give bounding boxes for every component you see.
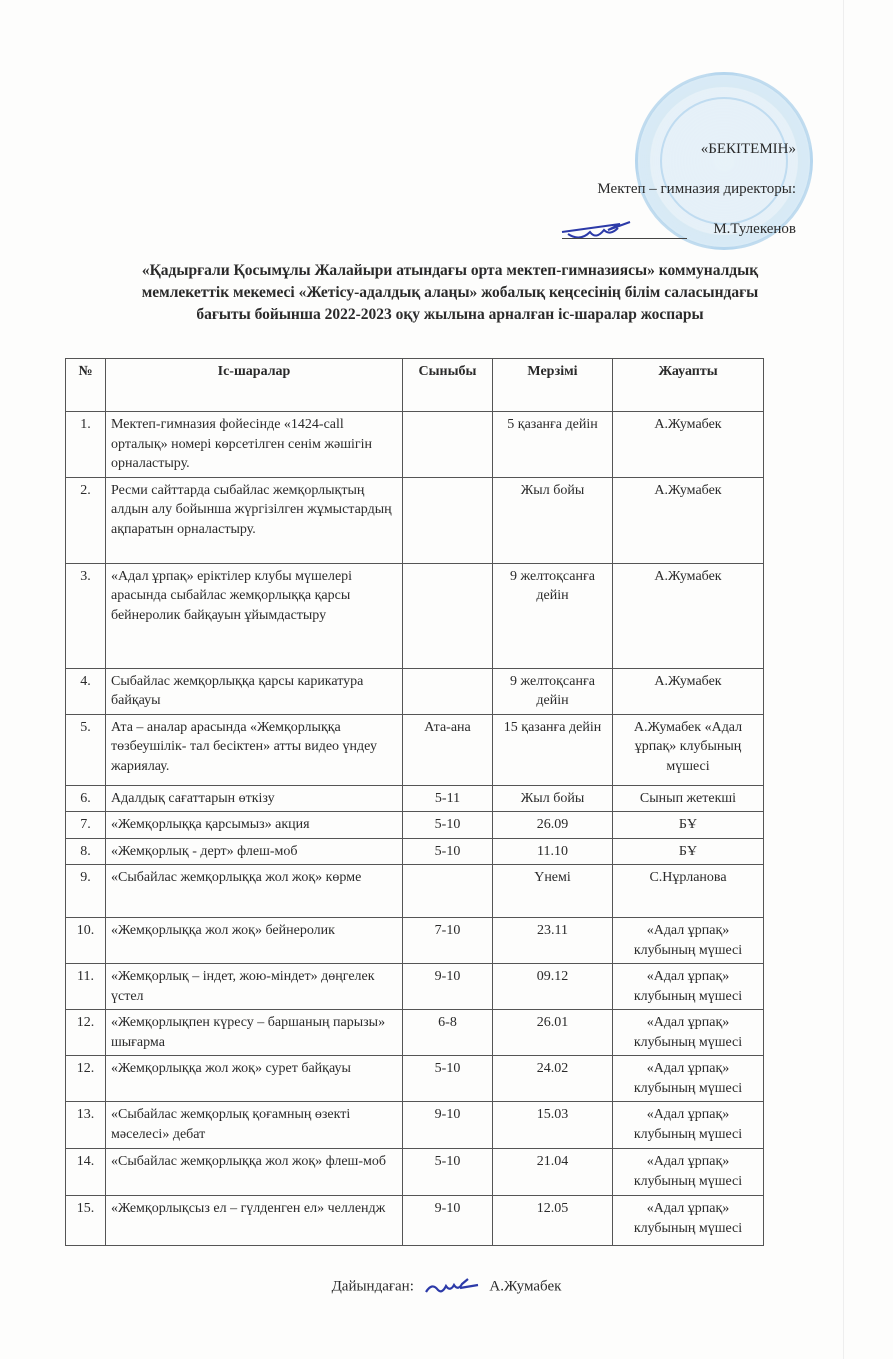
cell-deadline: 26.09 <box>493 812 613 839</box>
table-row: 6.Адалдық сағаттарын өткізу5-11Жыл бойыС… <box>66 785 764 812</box>
director-name: М.Тулекенов <box>713 221 796 238</box>
cell-deadline: 12.05 <box>493 1196 613 1246</box>
cell-num: 7. <box>66 812 106 839</box>
cell-event: «Жемқорлықпен күресу – баршаның парызы» … <box>106 1010 403 1056</box>
cell-deadline: 15.03 <box>493 1102 613 1149</box>
cell-event: Сыбайлас жемқорлыққа қарсы карикатура ба… <box>106 668 403 714</box>
title-line-3: бағыты бойынша 2022-2023 оқу жылына арна… <box>100 304 800 326</box>
table-row: 12.«Жемқорлықпен күресу – баршаның парыз… <box>66 1010 764 1056</box>
director-signature-icon <box>560 218 640 248</box>
cell-deadline: 9 желтоқсанға дейін <box>493 563 613 668</box>
header-grade: Сыныбы <box>403 359 493 412</box>
approval-label: «БЕКІТЕМІН» <box>701 141 796 158</box>
cell-deadline: Жыл бойы <box>493 785 613 812</box>
header-responsible: Жауапты <box>613 359 764 412</box>
cell-deadline: 26.01 <box>493 1010 613 1056</box>
cell-deadline: 9 желтоқсанға дейін <box>493 668 613 714</box>
cell-num: 5. <box>66 714 106 785</box>
approval-position: Мектеп – гимназия директоры: <box>597 181 796 198</box>
cell-grade: 9-10 <box>403 1102 493 1149</box>
cell-deadline: Үнемі <box>493 865 613 918</box>
prepared-label: Дайындаған: <box>332 1278 414 1294</box>
cell-deadline: 09.12 <box>493 964 613 1010</box>
cell-num: 8. <box>66 838 106 865</box>
cell-grade: Ата-ана <box>403 714 493 785</box>
cell-grade: 9-10 <box>403 964 493 1010</box>
cell-num: 15. <box>66 1196 106 1246</box>
header-event: Іс-шаралар <box>106 359 403 412</box>
cell-num: 14. <box>66 1149 106 1196</box>
scan-edge <box>843 0 844 1359</box>
cell-event: «Адал ұрпақ» еріктілер клубы мүшелері ар… <box>106 563 403 668</box>
cell-num: 9. <box>66 865 106 918</box>
cell-num: 2. <box>66 477 106 563</box>
cell-responsible: С.Нұрланова <box>613 865 764 918</box>
cell-responsible: А.Жумабек <box>613 668 764 714</box>
cell-grade <box>403 563 493 668</box>
cell-num: 1. <box>66 412 106 478</box>
cell-grade: 5-10 <box>403 1056 493 1102</box>
cell-responsible: Сынып жетекші <box>613 785 764 812</box>
cell-event: Адалдық сағаттарын өткізу <box>106 785 403 812</box>
cell-event: «Жемқорлық – індет, жою-міндет» дөңгелек… <box>106 964 403 1010</box>
cell-grade <box>403 477 493 563</box>
cell-responsible: А.Жумабек <box>613 477 764 563</box>
cell-event: Ресми сайттарда сыбайлас жемқорлықтың ал… <box>106 477 403 563</box>
cell-event: «Жемқорлыққа қарсымыз» акция <box>106 812 403 839</box>
cell-event: «Жемқорлық - дерт» флеш-моб <box>106 838 403 865</box>
header-num: № <box>66 359 106 412</box>
signature-line <box>562 238 687 239</box>
title-line-1: «Қадырғали Қосымұлы Жалайыри атындағы ор… <box>100 260 800 282</box>
table-row: 9.«Сыбайлас жемқорлыққа жол жоқ» көрмеҮн… <box>66 865 764 918</box>
prepared-name: А.Жумабек <box>489 1278 561 1294</box>
cell-responsible: «Адал ұрпақ» клубының мүшесі <box>613 918 764 964</box>
cell-responsible: «Адал ұрпақ» клубының мүшесі <box>613 964 764 1010</box>
cell-responsible: А.Жумабек <box>613 563 764 668</box>
cell-responsible: А.Жумабек <box>613 412 764 478</box>
cell-num: 3. <box>66 563 106 668</box>
cell-event: «Жемқорлыққа жол жоқ» сурет байқауы <box>106 1056 403 1102</box>
cell-responsible: БҰ <box>613 838 764 865</box>
table-row: 13.«Сыбайлас жемқорлық қоғамның өзекті м… <box>66 1102 764 1149</box>
table-row: 2.Ресми сайттарда сыбайлас жемқорлықтың … <box>66 477 764 563</box>
cell-num: 12. <box>66 1056 106 1102</box>
table-row: 15.«Жемқорлықсыз ел – гүлденген ел» челл… <box>66 1196 764 1246</box>
cell-grade: 5-11 <box>403 785 493 812</box>
table-row: 4.Сыбайлас жемқорлыққа қарсы карикатура … <box>66 668 764 714</box>
cell-num: 10. <box>66 918 106 964</box>
cell-responsible: «Адал ұрпақ» клубының мүшесі <box>613 1149 764 1196</box>
cell-grade <box>403 668 493 714</box>
cell-grade: 5-10 <box>403 1149 493 1196</box>
cell-event: «Сыбайлас жемқорлық қоғамның өзекті мәсе… <box>106 1102 403 1149</box>
table-row: 5.Ата – аналар арасында «Жемқорлыққа төз… <box>66 714 764 785</box>
cell-deadline: 11.10 <box>493 838 613 865</box>
cell-deadline: 23.11 <box>493 918 613 964</box>
cell-deadline: 15 қазанға дейін <box>493 714 613 785</box>
cell-deadline: Жыл бойы <box>493 477 613 563</box>
prepared-by: Дайындаған: А.Жумабек <box>0 1276 893 1298</box>
cell-grade: 9-10 <box>403 1196 493 1246</box>
table-row: 3.«Адал ұрпақ» еріктілер клубы мүшелері … <box>66 563 764 668</box>
cell-event: «Сыбайлас жемқорлыққа жол жоқ» көрме <box>106 865 403 918</box>
table-row: 10.«Жемқорлыққа жол жоқ» бейнеролик7-102… <box>66 918 764 964</box>
cell-deadline: 24.02 <box>493 1056 613 1102</box>
cell-responsible: «Адал ұрпақ» клубының мүшесі <box>613 1010 764 1056</box>
document-title: «Қадырғали Қосымұлы Жалайыри атындағы ор… <box>100 260 800 326</box>
cell-responsible: А.Жумабек «Адал ұрпақ» клубының мүшесі <box>613 714 764 785</box>
cell-grade: 7-10 <box>403 918 493 964</box>
cell-deadline: 21.04 <box>493 1149 613 1196</box>
header-deadline: Мерзімі <box>493 359 613 412</box>
table-row: 14.«Сыбайлас жемқорлыққа жол жоқ» флеш-м… <box>66 1149 764 1196</box>
cell-grade <box>403 865 493 918</box>
cell-event: «Жемқорлықсыз ел – гүлденген ел» челленд… <box>106 1196 403 1246</box>
cell-event: Ата – аналар арасында «Жемқорлыққа төзбе… <box>106 714 403 785</box>
cell-responsible: «Адал ұрпақ» клубының мүшесі <box>613 1196 764 1246</box>
table-row: 11.«Жемқорлық – індет, жою-міндет» дөңге… <box>66 964 764 1010</box>
events-table: № Іс-шаралар Сыныбы Мерзімі Жауапты 1.Ме… <box>65 358 764 1246</box>
cell-event: Мектеп-гимназия фойесінде «1424-call орт… <box>106 412 403 478</box>
cell-grade: 5-10 <box>403 812 493 839</box>
cell-num: 4. <box>66 668 106 714</box>
cell-num: 12. <box>66 1010 106 1056</box>
title-line-2: мемлекеттік мекемесі «Жетісу-адалдық ала… <box>100 282 800 304</box>
table-header-row: № Іс-шаралар Сыныбы Мерзімі Жауапты <box>66 359 764 412</box>
cell-grade <box>403 412 493 478</box>
cell-deadline: 5 қазанға дейін <box>493 412 613 478</box>
cell-responsible: «Адал ұрпақ» клубының мүшесі <box>613 1056 764 1102</box>
cell-event: «Жемқорлыққа жол жоқ» бейнеролик <box>106 918 403 964</box>
cell-num: 13. <box>66 1102 106 1149</box>
cell-num: 11. <box>66 964 106 1010</box>
table-row: 12.«Жемқорлыққа жол жоқ» сурет байқауы5-… <box>66 1056 764 1102</box>
cell-event: «Сыбайлас жемқорлыққа жол жоқ» флеш-моб <box>106 1149 403 1196</box>
preparer-signature-icon <box>424 1276 480 1298</box>
table-row: 8.«Жемқорлық - дерт» флеш-моб5-1011.10БҰ <box>66 838 764 865</box>
cell-num: 6. <box>66 785 106 812</box>
cell-responsible: БҰ <box>613 812 764 839</box>
cell-responsible: «Адал ұрпақ» клубының мүшесі <box>613 1102 764 1149</box>
cell-grade: 6-8 <box>403 1010 493 1056</box>
table-row: 7.«Жемқорлыққа қарсымыз» акция5-1026.09Б… <box>66 812 764 839</box>
cell-grade: 5-10 <box>403 838 493 865</box>
table-row: 1.Мектеп-гимназия фойесінде «1424-call о… <box>66 412 764 478</box>
